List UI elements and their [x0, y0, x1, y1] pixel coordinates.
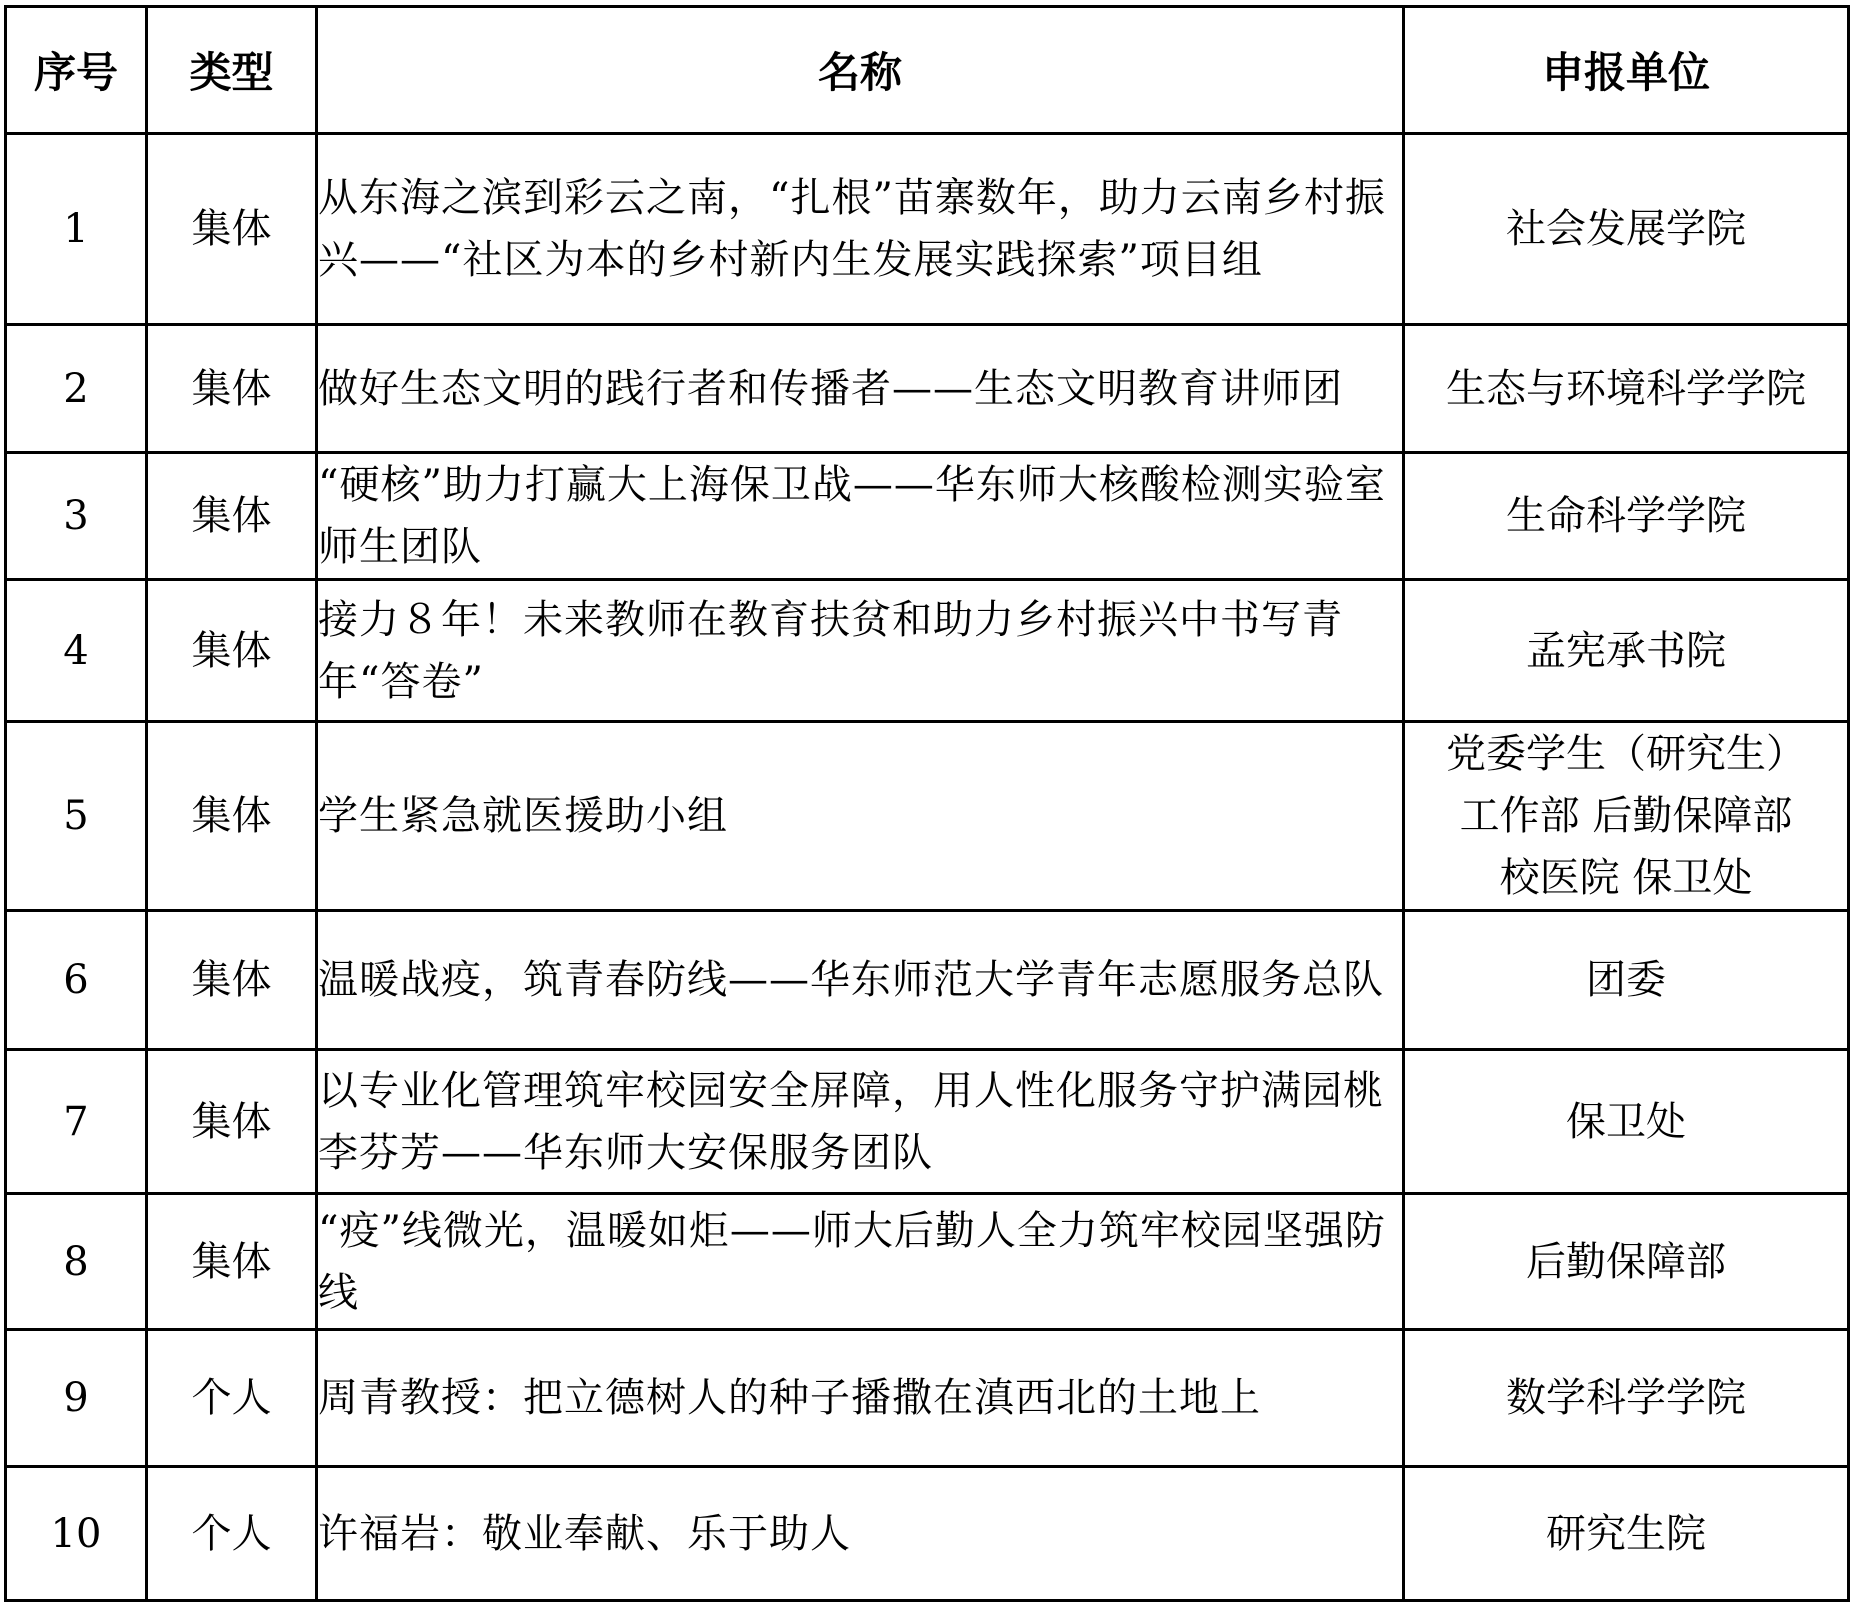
table-row: 6 集体 温暖战疫，筑青春防线——华东师范大学青年志愿服务总队 团委: [6, 911, 1849, 1050]
row-name: 以专业化管理筑牢校园安全屏障，用人性化服务守护满园桃李芬芳——华东师大安保服务团…: [317, 1050, 1404, 1194]
row-unit: 后勤保障部: [1404, 1194, 1849, 1330]
row-type: 集体: [147, 325, 317, 453]
row-type: 集体: [147, 911, 317, 1050]
row-index: 1: [6, 134, 147, 325]
row-index: 6: [6, 911, 147, 1050]
row-name: “疫”线微光，温暖如炬——师大后勤人全力筑牢校园坚强防线: [317, 1194, 1404, 1330]
row-name: 许福岩：敬业奉献、乐于助人: [317, 1467, 1404, 1601]
table-row: 7 集体 以专业化管理筑牢校园安全屏障，用人性化服务守护满园桃李芬芳——华东师大…: [6, 1050, 1849, 1194]
row-type: 个人: [147, 1467, 317, 1601]
row-unit: 保卫处: [1404, 1050, 1849, 1194]
row-unit: 研究生院: [1404, 1467, 1849, 1601]
row-index: 5: [6, 722, 147, 911]
row-index: 8: [6, 1194, 147, 1330]
row-unit: 数学科学学院: [1404, 1330, 1849, 1467]
row-type: 集体: [147, 134, 317, 325]
table-row: 5 集体 学生紧急就医援助小组 党委学生（研究生） 工作部 后勤保障部 校医院 …: [6, 722, 1849, 911]
row-type: 集体: [147, 722, 317, 911]
unit-line: 工作部 后勤保障部: [1405, 785, 1847, 847]
table-row: 9 个人 周青教授：把立德树人的种子播撒在滇西北的土地上 数学科学学院: [6, 1330, 1849, 1467]
row-name: 周青教授：把立德树人的种子播撒在滇西北的土地上: [317, 1330, 1404, 1467]
row-unit: 孟宪承书院: [1404, 580, 1849, 722]
header-name: 名称: [317, 7, 1404, 134]
row-name: 从东海之滨到彩云之南，“扎根”苗寨数年，助力云南乡村振兴——“社区为本的乡村新内…: [317, 134, 1404, 325]
unit-line: 团委: [1405, 949, 1847, 1011]
row-name: 接力８年！未来教师在教育扶贫和助力乡村振兴中书写青年“答卷”: [317, 580, 1404, 722]
header-type: 类型: [147, 7, 317, 134]
header-index: 序号: [6, 7, 147, 134]
row-type: 集体: [147, 1050, 317, 1194]
row-index: 7: [6, 1050, 147, 1194]
row-unit: 社会发展学院: [1404, 134, 1849, 325]
unit-line: 生态与环境科学学院: [1405, 358, 1847, 420]
row-type: 集体: [147, 1194, 317, 1330]
row-unit: 生命科学学院: [1404, 453, 1849, 580]
unit-line: 孟宪承书院: [1405, 620, 1847, 682]
row-index: 2: [6, 325, 147, 453]
row-type: 个人: [147, 1330, 317, 1467]
unit-line: 数学科学学院: [1405, 1367, 1847, 1429]
table-row: 10 个人 许福岩：敬业奉献、乐于助人 研究生院: [6, 1467, 1849, 1601]
table-row: 8 集体 “疫”线微光，温暖如炬——师大后勤人全力筑牢校园坚强防线 后勤保障部: [6, 1194, 1849, 1330]
row-index: 9: [6, 1330, 147, 1467]
row-index: 4: [6, 580, 147, 722]
unit-line: 校医院 保卫处: [1405, 847, 1847, 909]
row-name: 学生紧急就医援助小组: [317, 722, 1404, 911]
unit-line: 后勤保障部: [1405, 1231, 1847, 1293]
row-type: 集体: [147, 580, 317, 722]
row-unit: 党委学生（研究生） 工作部 后勤保障部 校医院 保卫处: [1404, 722, 1849, 911]
awards-table: 序号 类型 名称 申报单位 1 集体 从东海之滨到彩云之南，“扎根”苗寨数年，助…: [4, 5, 1850, 1602]
table-row: 3 集体 “硬核”助力打赢大上海保卫战——华东师大核酸检测实验室师生团队 生命科…: [6, 453, 1849, 580]
row-type: 集体: [147, 453, 317, 580]
row-name: “硬核”助力打赢大上海保卫战——华东师大核酸检测实验室师生团队: [317, 453, 1404, 580]
row-index: 3: [6, 453, 147, 580]
unit-line: 研究生院: [1405, 1503, 1847, 1565]
table-row: 4 集体 接力８年！未来教师在教育扶贫和助力乡村振兴中书写青年“答卷” 孟宪承书…: [6, 580, 1849, 722]
table-row: 2 集体 做好生态文明的践行者和传播者——生态文明教育讲师团 生态与环境科学学院: [6, 325, 1849, 453]
table-row: 1 集体 从东海之滨到彩云之南，“扎根”苗寨数年，助力云南乡村振兴——“社区为本…: [6, 134, 1849, 325]
unit-line: 社会发展学院: [1405, 198, 1847, 260]
row-name: 做好生态文明的践行者和传播者——生态文明教育讲师团: [317, 325, 1404, 453]
row-name: 温暖战疫，筑青春防线——华东师范大学青年志愿服务总队: [317, 911, 1404, 1050]
row-unit: 生态与环境科学学院: [1404, 325, 1849, 453]
header-unit: 申报单位: [1404, 7, 1849, 134]
row-index: 10: [6, 1467, 147, 1601]
header-row: 序号 类型 名称 申报单位: [6, 7, 1849, 134]
unit-line: 生命科学学院: [1405, 485, 1847, 547]
row-unit: 团委: [1404, 911, 1849, 1050]
unit-line: 党委学生（研究生）: [1405, 723, 1847, 785]
unit-line: 保卫处: [1405, 1091, 1847, 1153]
